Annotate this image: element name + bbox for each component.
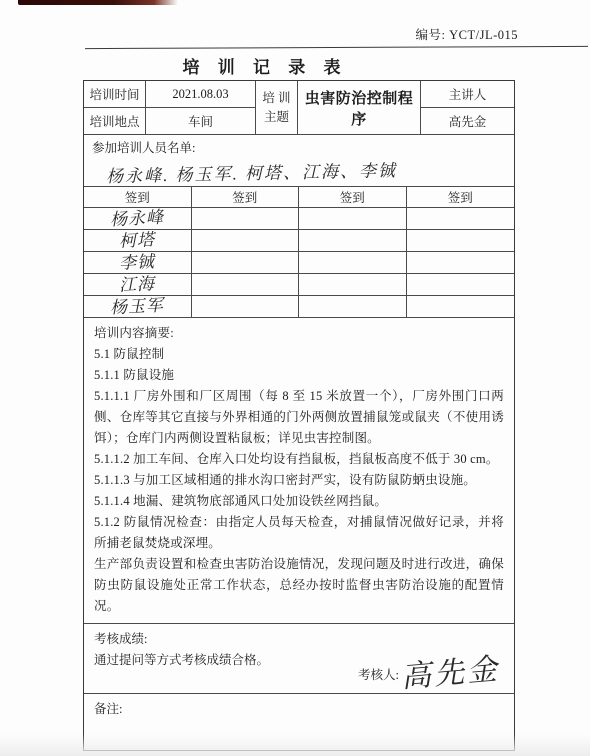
signin-row: 江海 [84,273,514,295]
signin-cell-empty [192,208,300,229]
remarks-label: 备注: [94,699,504,717]
assessment-section: 考核成绩: 通过提问等方式考核成绩合格。 考核人: 高先金 [84,623,514,693]
signin-cell-empty [299,230,407,251]
summary-paragraph: 5.1.1.2 加工车间、仓库入口处均设有挡鼠板，挡鼠板高度不低于 30 cm。 [94,449,504,470]
training-place-label: 培训地点 [84,108,146,134]
signin-row: 杨玉军 [84,295,514,317]
signature: 杨永峰 [110,209,165,229]
signin-row: 杨永峰 [84,207,514,229]
signin-cell-empty [407,296,515,317]
summary-paragraph: 5.1.1.4 地漏、建筑物底部通风口处加设铁丝网挡鼠。 [94,491,504,512]
summary-paragraph: 生产部负责设置和检查虫害防治设施情况，发现问题及时进行改进，确保防虫防鼠设施处正… [94,554,504,617]
training-record-table: 培训时间 2021.08.03 培 训 主题 虫害防治控制程序 主讲人 培训地点… [83,80,515,751]
summary-label: 培训内容摘要: [94,323,504,344]
signin-cell-empty [192,296,300,317]
header-rule-line [85,46,588,49]
assessment-label: 考核成绩: [94,629,504,650]
signature: 柯塔 [119,231,156,250]
speaker-value: 高先金 [421,108,514,134]
examiner-signature: 高先金 [400,655,501,694]
signin-cell-empty [407,208,515,229]
signature: 李铖 [119,253,156,272]
signin-cell-empty [407,230,515,251]
topic-label-line1: 培 训 [262,89,290,108]
training-topic-value: 虫害防治控制程序 [298,81,421,134]
signature: 杨玉军 [110,297,165,317]
speaker-label: 主讲人 [421,81,514,108]
signin-cell-empty [299,252,407,273]
summary-paragraph: 5.1.1.3 与加工区域相通的排水沟口密封严实，设有防鼠防蛃虫设施。 [94,470,504,491]
signin-header: 签到 [299,187,407,207]
signature: 江海 [119,275,156,294]
signin-cell-empty [299,274,407,295]
scan-bottom-shade [0,734,590,756]
participants-label: 参加培训人员名单: [92,138,506,156]
signin-cell-empty [299,208,407,229]
topic-label-line2: 主题 [264,108,289,127]
info-header-section: 培训时间 2021.08.03 培 训 主题 虫害防治控制程序 主讲人 培训地点… [84,81,514,134]
signin-cell-empty [407,252,515,273]
training-place-value: 车间 [146,108,256,134]
examiner-line: 考核人: 高先金 [358,659,500,689]
summary-section: 培训内容摘要: 5.1 防鼠控制 5.1.1 防鼠设施 5.1.1.1 厂房外围… [84,317,514,623]
signin-cell-empty [299,296,407,317]
page-title: 培 训 记 录 表 [0,53,530,78]
participants-handwritten-names: 杨永峰. 杨玉军. 柯塔、江海、李铖 [106,154,506,187]
signin-header: 签到 [192,187,300,207]
signin-cell-empty [192,230,300,251]
training-time-label: 培训时间 [84,81,146,108]
examiner-label: 考核人: [358,665,399,683]
summary-paragraph: 5.1.1 防鼠设施 [94,365,504,386]
signin-cell-empty [192,274,300,295]
signin-row: 柯塔 [84,229,514,251]
signin-header-row: 签到 签到 签到 签到 [84,186,514,207]
training-time-value: 2021.08.03 [146,81,256,108]
signin-cell-empty [192,252,300,273]
signin-header: 签到 [84,187,192,207]
signin-header: 签到 [407,187,515,207]
signin-cell-empty [407,274,515,295]
document-number: 编号: YCT/JL-015 [416,25,518,43]
scan-edge-artifact [18,0,178,5]
signin-row: 李铖 [84,251,514,273]
summary-paragraph: 5.1.2 防鼠情况检查：由指定人员每天检查，对捕鼠情况做好记录，并将所捕老鼠焚… [94,512,504,554]
summary-paragraph: 5.1 防鼠控制 [94,344,504,365]
training-topic-label: 培 训 主题 [256,81,298,134]
summary-paragraph: 5.1.1.1 厂房外围和厂区周围（每 8 至 15 米放置一个），厂房外围门口… [94,386,504,449]
participants-section: 参加培训人员名单: 杨永峰. 杨玉军. 柯塔、江海、李铖 [84,134,514,186]
